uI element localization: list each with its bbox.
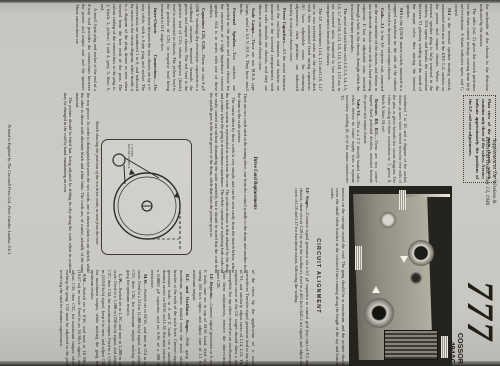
paragraph: External Speaker.—Two sockets are provid… — [208, 4, 237, 91]
paragraph: S14 is the internal speaker muting switc… — [405, 4, 452, 91]
service-sheet-page: Supplement to The Wireless & Electrical … — [0, 0, 500, 366]
drive-spindle — [406, 194, 450, 197]
text-column-2: numbered 7 to 10, and a diagram of the s… — [338, 95, 408, 183]
photo-caption-box: Plan view of the main chassis, which con… — [463, 95, 496, 183]
drive-cord-sketch: 2 TURNS ROUND SPINDLE — [101, 139, 192, 255]
if-transformer-can-icon — [408, 240, 434, 266]
page-edge-shadow-left — [0, 0, 500, 3]
paragraph: S15 is the Q.M.B. mains switch, mounted … — [386, 4, 404, 91]
valve-can-icon — [364, 298, 394, 328]
paragraph: I.F. Stages.—Connect signal generator vi… — [293, 188, 310, 366]
cord-direction-arrow — [129, 169, 135, 175]
paragraph: Resistors R8, R11.—These are two centre-… — [363, 95, 379, 183]
sheet-number: 777 — [461, 281, 498, 343]
valve-top-icon — [380, 212, 396, 228]
paragraph: A small 4-pin plug and socket at the end… — [75, 4, 98, 91]
paragraph: The pointer should be fitted last, being… — [62, 93, 73, 273]
paragraph: The I.F. transformers L14, L15 and L16, … — [288, 4, 323, 91]
photo-label-chip — [355, 246, 362, 270]
paragraph: There are two cords used in the tuning d… — [237, 93, 248, 273]
paragraph: the rear groove. In order to distinguish… — [74, 93, 91, 273]
tuning-gang — [384, 330, 438, 360]
drive-cord-text-top: There are two cords used in the tuning d… — [207, 93, 248, 273]
spindle-pulley — [113, 154, 125, 166]
paragraph: The aerial and oscillator coils L2, L3, … — [325, 4, 348, 91]
text-column-1: the underside of the chassis in the dire… — [73, 4, 490, 91]
paragraph: M.W.—Switch set to M.W., and tune to 214… — [125, 270, 148, 366]
paragraph: The course taken by these cords is very … — [208, 93, 236, 273]
printer-imprint: Printed in England by The Cornwall Press… — [7, 70, 12, 310]
paragraph: Capacitors C25, C26.—These are two 8 μF … — [159, 4, 206, 91]
chassis-photo — [349, 186, 452, 366]
gang-cord — [124, 165, 125, 184]
circuit-alignment-heading: CIRCUIT ALIGNMENT — [315, 186, 321, 366]
paragraph: I.F. Rejector.—Connect signal generator … — [191, 270, 214, 366]
sketch-label-line2: ROUND SPINDLE — [127, 144, 130, 169]
drive-cord-heading: Drive Cord Replacements — [252, 93, 257, 273]
paragraph: Preset Capacitors.—All the aerial trimme… — [257, 4, 286, 91]
if-core-arrow-icon — [372, 286, 380, 293]
coil-can-icon — [410, 272, 422, 284]
sketch-label-line1: 2 TURNS — [130, 144, 133, 169]
if-stages-paragraph: I.F. Stages.—Connect signal generator vi… — [292, 188, 310, 366]
model-brand: COSSOR — [456, 326, 464, 364]
drive-cord-text-bottom: the rear groove. In order to distinguish… — [61, 93, 91, 273]
paragraph: S.W.—Switch set to S.W., and tune to 18 … — [59, 270, 88, 366]
paragraph: L.W.—Switch set to L.W., and tune to 1,2… — [89, 270, 124, 366]
paragraph: Valve V4.—This is a 2 V directly heated … — [340, 95, 362, 183]
paragraph: of the cores by the application of a war… — [216, 270, 256, 366]
paragraph: Coils.—L1 is the I.F. rejector coil, mou… — [350, 4, 385, 91]
text-column-4: of the cores by the application of a war… — [57, 270, 256, 366]
photo-label-chip — [441, 336, 448, 358]
photo-label-chip — [399, 190, 406, 210]
drive-cord-sketch-svg — [102, 140, 191, 254]
paragraph: numbered 7 to 10, and a diagram of the s… — [381, 95, 408, 183]
sketch-label: 2 TURNS ROUND SPINDLE — [127, 144, 133, 169]
if-core-arrow-icon — [400, 256, 408, 263]
paragraph: Inter-Chassis Connections.—The connectio… — [100, 4, 158, 91]
cord-direction-arrow — [174, 192, 180, 198]
paragraph: R.F. and Oscillator Stages.—With gang at… — [150, 270, 190, 366]
paragraph: The table (col. 2) gives the switch posi… — [453, 4, 476, 91]
sketch-caption: Sketch showing the positions of the two … — [95, 93, 100, 273]
drive-cord-tail-text: tension on the carriage round the cord. … — [329, 188, 346, 366]
paragraph: Scale Lamps.—These are two M.E.S. type l… — [238, 4, 256, 91]
paragraph: the underside of the chassis in the dire… — [478, 4, 490, 91]
